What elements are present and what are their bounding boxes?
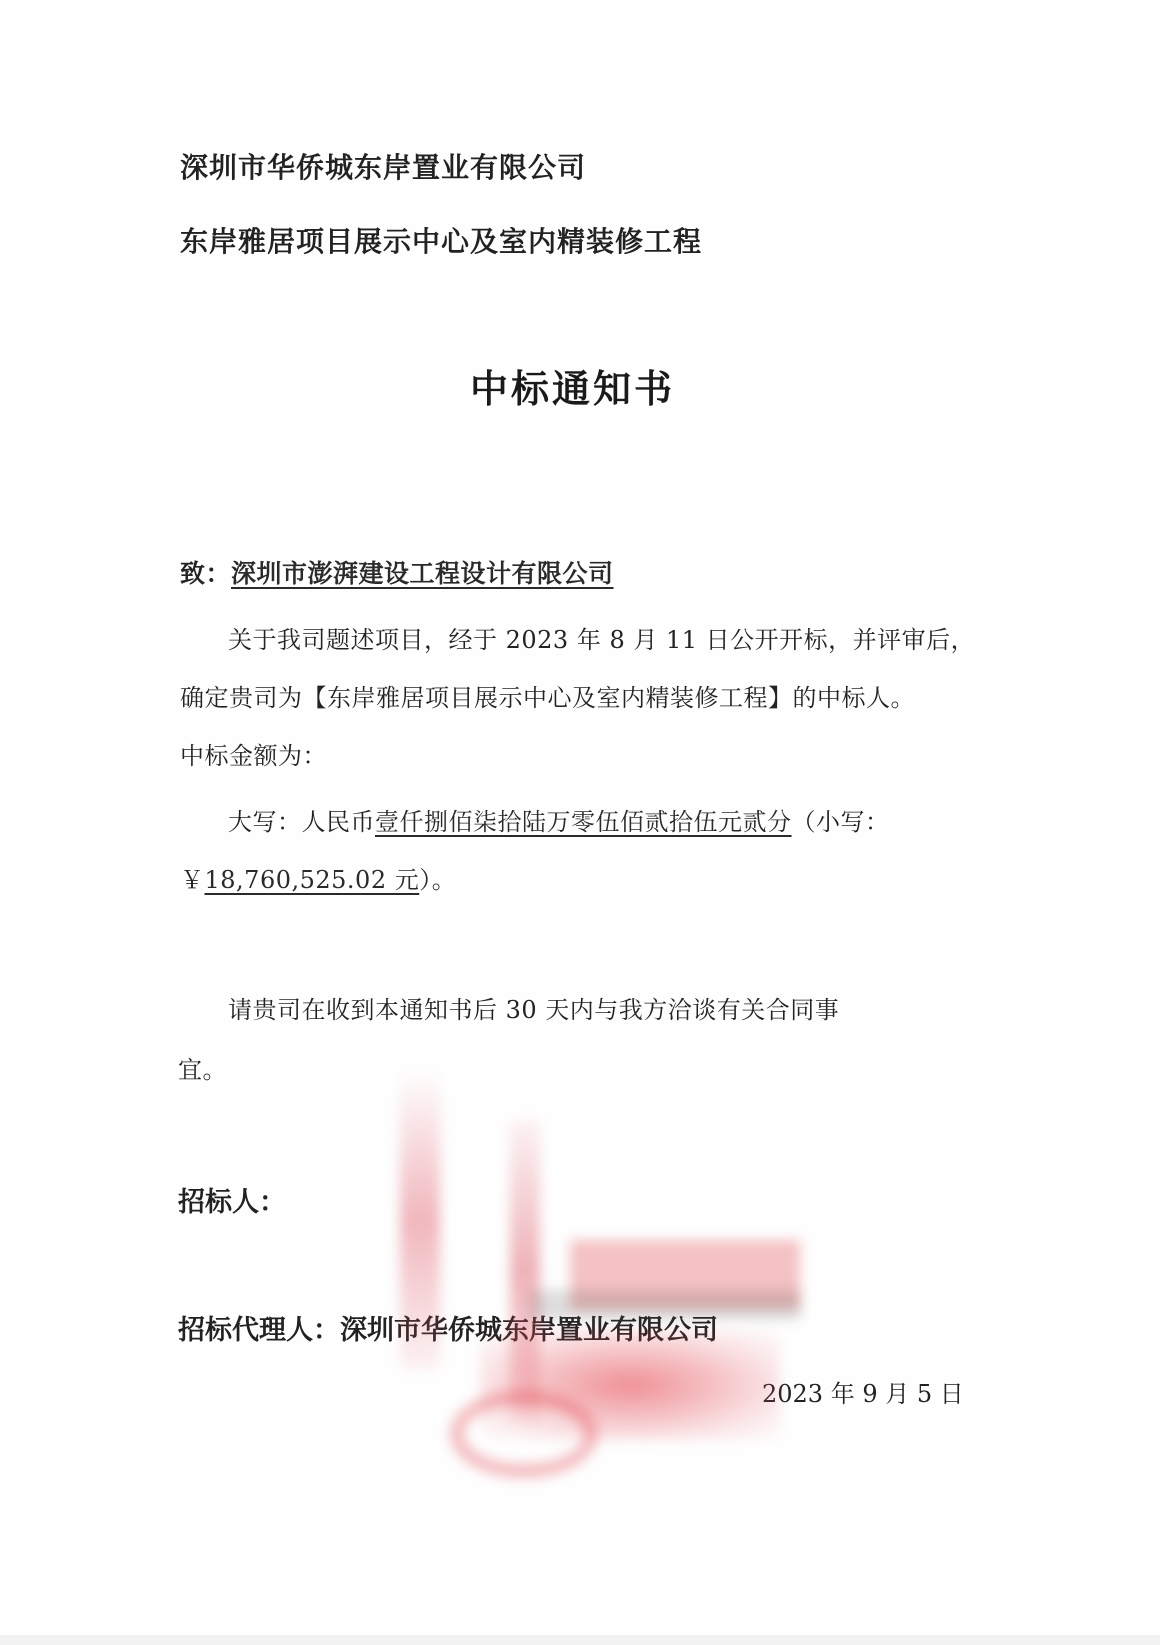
amount-upper-prefix: 大写：人民币: [228, 808, 375, 836]
recipient-label: 致：: [180, 559, 231, 588]
para1-line1: 关于我司题述项目，经于 2023 年 8 月 11 日公开开标，并评审后，: [228, 620, 975, 655]
currency-symbol: ￥: [180, 866, 205, 894]
amount-lower-line: ￥18,760,525.02 元）。: [180, 860, 456, 895]
para1-line3: 中标金额为：: [180, 736, 327, 771]
tenderer-label: 招标人：: [178, 1180, 286, 1219]
amount-lower-open: （小写：: [792, 808, 890, 836]
recipient-name: 深圳市澎湃建设工程设计有限公司: [231, 559, 614, 588]
company-seal-stamp: [330, 1060, 810, 1470]
header-company: 深圳市华侨城东岸置业有限公司: [180, 146, 586, 186]
page-title: 中标通知书: [470, 358, 675, 413]
agent-line: 招标代理人：深圳市华侨城东岸置业有限公司: [178, 1308, 718, 1347]
agent-name: 深圳市华侨城东岸置业有限公司: [340, 1315, 718, 1346]
header-project: 东岸雅居项目展示中心及室内精装修工程: [180, 220, 702, 260]
amount-upper-line: 大写：人民币壹仟捌佰柒拾陆万零伍佰贰拾伍元贰分（小写：: [228, 802, 890, 837]
para2-line2: 宜。: [178, 1050, 227, 1085]
amount-lower-value: 18,760,525.02 元: [205, 866, 420, 894]
agent-label: 招标代理人：: [178, 1315, 340, 1346]
para2-line1: 请贵司在收到本通知书后 30 天内与我方洽谈有关合同事: [228, 990, 839, 1025]
issue-date: 2023 年 9 月 5 日: [762, 1374, 964, 1409]
page-bottom-edge: [0, 1635, 1160, 1645]
amount-upper-value: 壹仟捌佰柒拾陆万零伍佰贰拾伍元贰分: [375, 808, 792, 836]
recipient-line: 致：深圳市澎湃建设工程设计有限公司: [180, 554, 614, 590]
para1-line2: 确定贵司为【东岸雅居项目展示中心及室内精装修工程】的中标人。: [180, 678, 915, 713]
amount-lower-close: ）。: [419, 866, 456, 894]
